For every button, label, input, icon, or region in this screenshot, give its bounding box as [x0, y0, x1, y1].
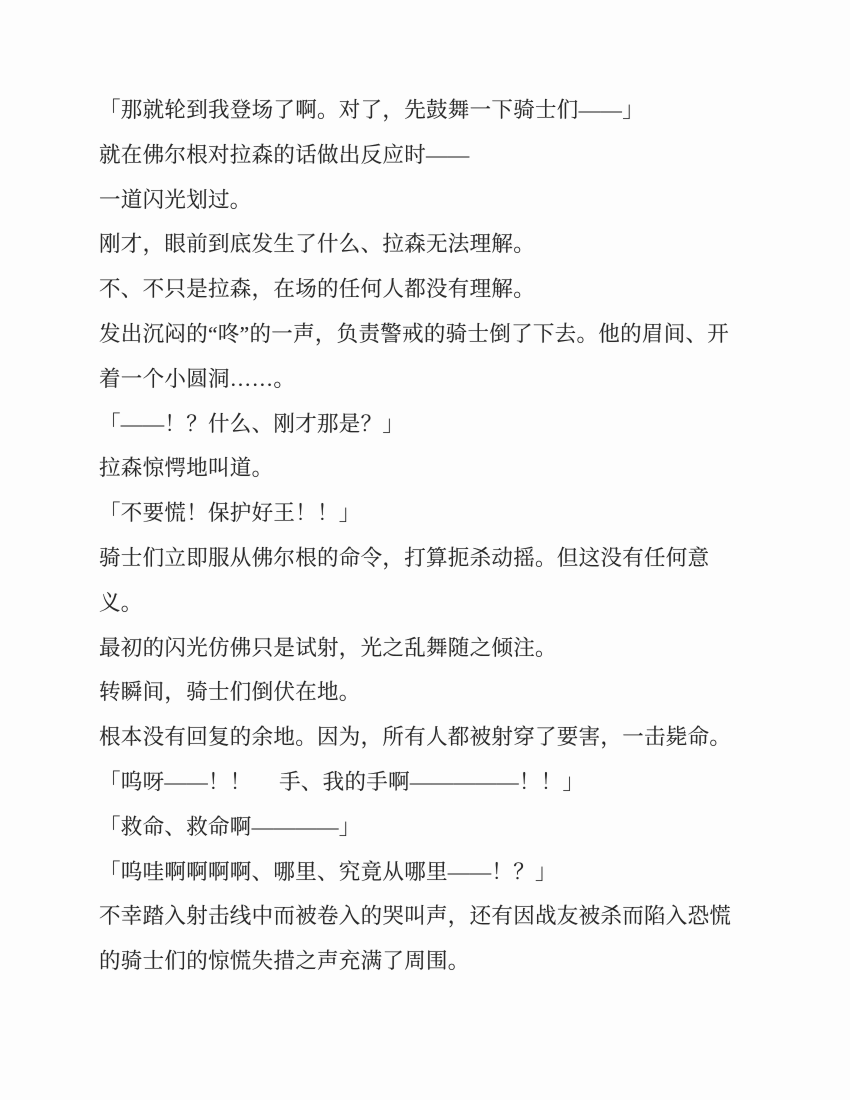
text-line: 不幸踏入射击线中而被卷入的哭叫声，还有因战友被杀而陷入恐慌 — [99, 894, 779, 939]
text-line: 拉森惊愕地叫道。 — [99, 446, 779, 491]
text-line: 的骑士们的惊慌失措之声充满了周围。 — [99, 939, 779, 984]
text-line: 最初的闪光仿佛只是试射，光之乱舞随之倾注。 — [99, 626, 779, 671]
text-line: 就在佛尔根对拉森的话做出反应时—— — [99, 133, 779, 178]
text-line: 一道闪光划过。 — [99, 178, 779, 223]
text-line: 骑士们立即服从佛尔根的命令，打算扼杀动摇。但这没有任何意 — [99, 536, 779, 581]
text-line: 发出沉闷的“咚”的一声，负责警戒的骑士倒了下去。他的眉间、开 — [99, 312, 779, 357]
text-line: 「不要慌！保护好王！！」 — [99, 491, 779, 536]
text-line: 不、不只是拉森，在场的任何人都没有理解。 — [99, 267, 779, 312]
text-line: 根本没有回复的余地。因为，所有人都被射穿了要害，一击毙命。 — [99, 715, 779, 760]
text-content: 「那就轮到我登场了啊。对了，先鼓舞一下骑士们——」 就在佛尔根对拉森的话做出反应… — [99, 88, 779, 984]
text-line: 着一个小圆洞……。 — [99, 357, 779, 402]
text-line: 转瞬间，骑士们倒伏在地。 — [99, 670, 779, 715]
text-line: 义。 — [99, 581, 779, 626]
text-line: 刚才，眼前到底发生了什么、拉森无法理解。 — [99, 222, 779, 267]
text-line: 「——！？什么、刚才那是？」 — [99, 402, 779, 447]
text-line: 「那就轮到我登场了啊。对了，先鼓舞一下骑士们——」 — [99, 88, 779, 133]
text-line: 「呜呀——！！ 手、我的手啊—————！！」 — [99, 760, 779, 805]
text-line: 「呜哇啊啊啊啊、哪里、究竟从哪里——！？」 — [99, 850, 779, 895]
text-line: 「救命、救命啊————」 — [99, 805, 779, 850]
page: 「那就轮到我登场了啊。对了，先鼓舞一下骑士们——」 就在佛尔根对拉森的话做出反应… — [0, 0, 850, 1100]
